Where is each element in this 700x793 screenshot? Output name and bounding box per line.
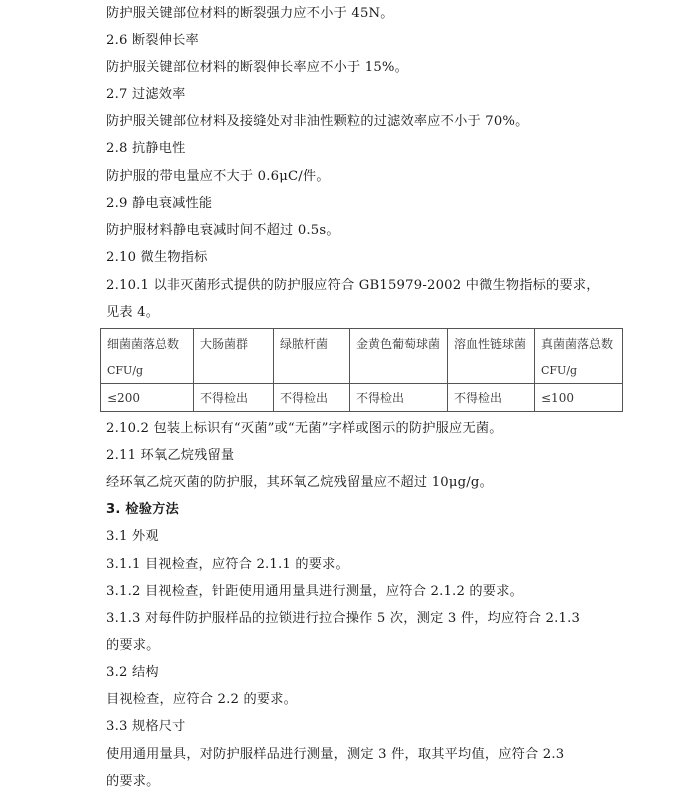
- header-cell: 真菌菌落总数CFU/g: [535, 329, 623, 384]
- text-line: 3.1.1 目视检查，应符合 2.1.1 的要求。: [106, 556, 349, 574]
- document-page: 防护服关键部位材料的断裂强力应不小于 45N。2.6 断裂伸长率防护服关键部位材…: [0, 0, 700, 793]
- text-line: 2.7 过滤效率: [106, 86, 186, 104]
- table-row: ≤200 不得检出 不得检出 不得检出 不得检出 ≤100: [101, 384, 623, 412]
- text-line: 3.1.2 目视检查，针距使用通用量具进行测量，应符合 2.1.2 的要求。: [106, 583, 523, 601]
- text-line: 经环氧乙烷灭菌的防护服，其环氧乙烷残留量应不超过 10μg/g。: [106, 474, 493, 492]
- table-cell: 不得检出: [448, 384, 535, 412]
- text-line: 防护服材料静电衰减时间不超过 0.5s。: [106, 222, 340, 240]
- table-cell: ≤100: [535, 384, 623, 412]
- table-cell: ≤200: [101, 384, 194, 412]
- text-line: 2.10 微生物指标: [106, 249, 208, 267]
- text-line: 使用通用量具，对防护服样品进行测量，测定 3 件，取其平均值，应符合 2.3: [106, 746, 564, 764]
- text-line: 见表 4。: [106, 304, 159, 322]
- table-header-row: 细菌菌落总数CFU/g 大肠菌群 绿脓杆菌 金黄色葡萄球菌 溶血性链球菌 真菌菌…: [101, 329, 623, 384]
- table-cell: 不得检出: [350, 384, 448, 412]
- header-cell: 绿脓杆菌: [274, 329, 350, 384]
- header-cell: 大肠菌群: [194, 329, 274, 384]
- text-line: 3.3 规格尺寸: [106, 718, 186, 736]
- text-line: 2.10.2 包装上标识有“灭菌”或“无菌”字样或图示的防护服应无菌。: [106, 420, 503, 438]
- text-line: 防护服的带电量应不大于 0.6μC/件。: [106, 168, 330, 186]
- text-line: 防护服关键部位材料的断裂伸长率应不小于 15%。: [106, 59, 408, 77]
- text-line: 2.6 断裂伸长率: [106, 32, 199, 50]
- text-line: 3.1 外观: [106, 528, 159, 546]
- text-line: 3.2 结构: [106, 664, 159, 682]
- header-cell: 细菌菌落总数CFU/g: [101, 329, 194, 384]
- header-cell: 金黄色葡萄球菌: [350, 329, 448, 384]
- header-cell: 溶血性链球菌: [448, 329, 535, 384]
- table-cell: 不得检出: [274, 384, 350, 412]
- table-cell: 不得检出: [194, 384, 274, 412]
- text-line: 目视检查，应符合 2.2 的要求。: [106, 691, 297, 709]
- text-line: 2.8 抗静电性: [106, 140, 186, 158]
- text-line: 2.9 静电衰减性能: [106, 195, 212, 213]
- text-line: 的要求。: [106, 773, 160, 791]
- text-line: 2.10.1 以非灭菌形式提供的防护服应符合 GB15979-2002 中微生物…: [106, 277, 600, 295]
- text-line: 2.11 环氧乙烷残留量: [106, 447, 234, 465]
- text-line: 防护服关键部位材料的断裂强力应不小于 45N。: [106, 5, 394, 23]
- section-heading: 3. 检验方法: [106, 501, 179, 519]
- text-line: 防护服关键部位材料及接缝处对非油性颗粒的过滤效率应不小于 70%。: [106, 113, 529, 131]
- text-line: 3.1.3 对每件防护服样品的拉锁进行拉合操作 5 次，测定 3 件，均应符合 …: [106, 610, 580, 628]
- text-line: 的要求。: [106, 637, 160, 655]
- microbial-indicator-table: 细菌菌落总数CFU/g 大肠菌群 绿脓杆菌 金黄色葡萄球菌 溶血性链球菌 真菌菌…: [100, 328, 623, 412]
